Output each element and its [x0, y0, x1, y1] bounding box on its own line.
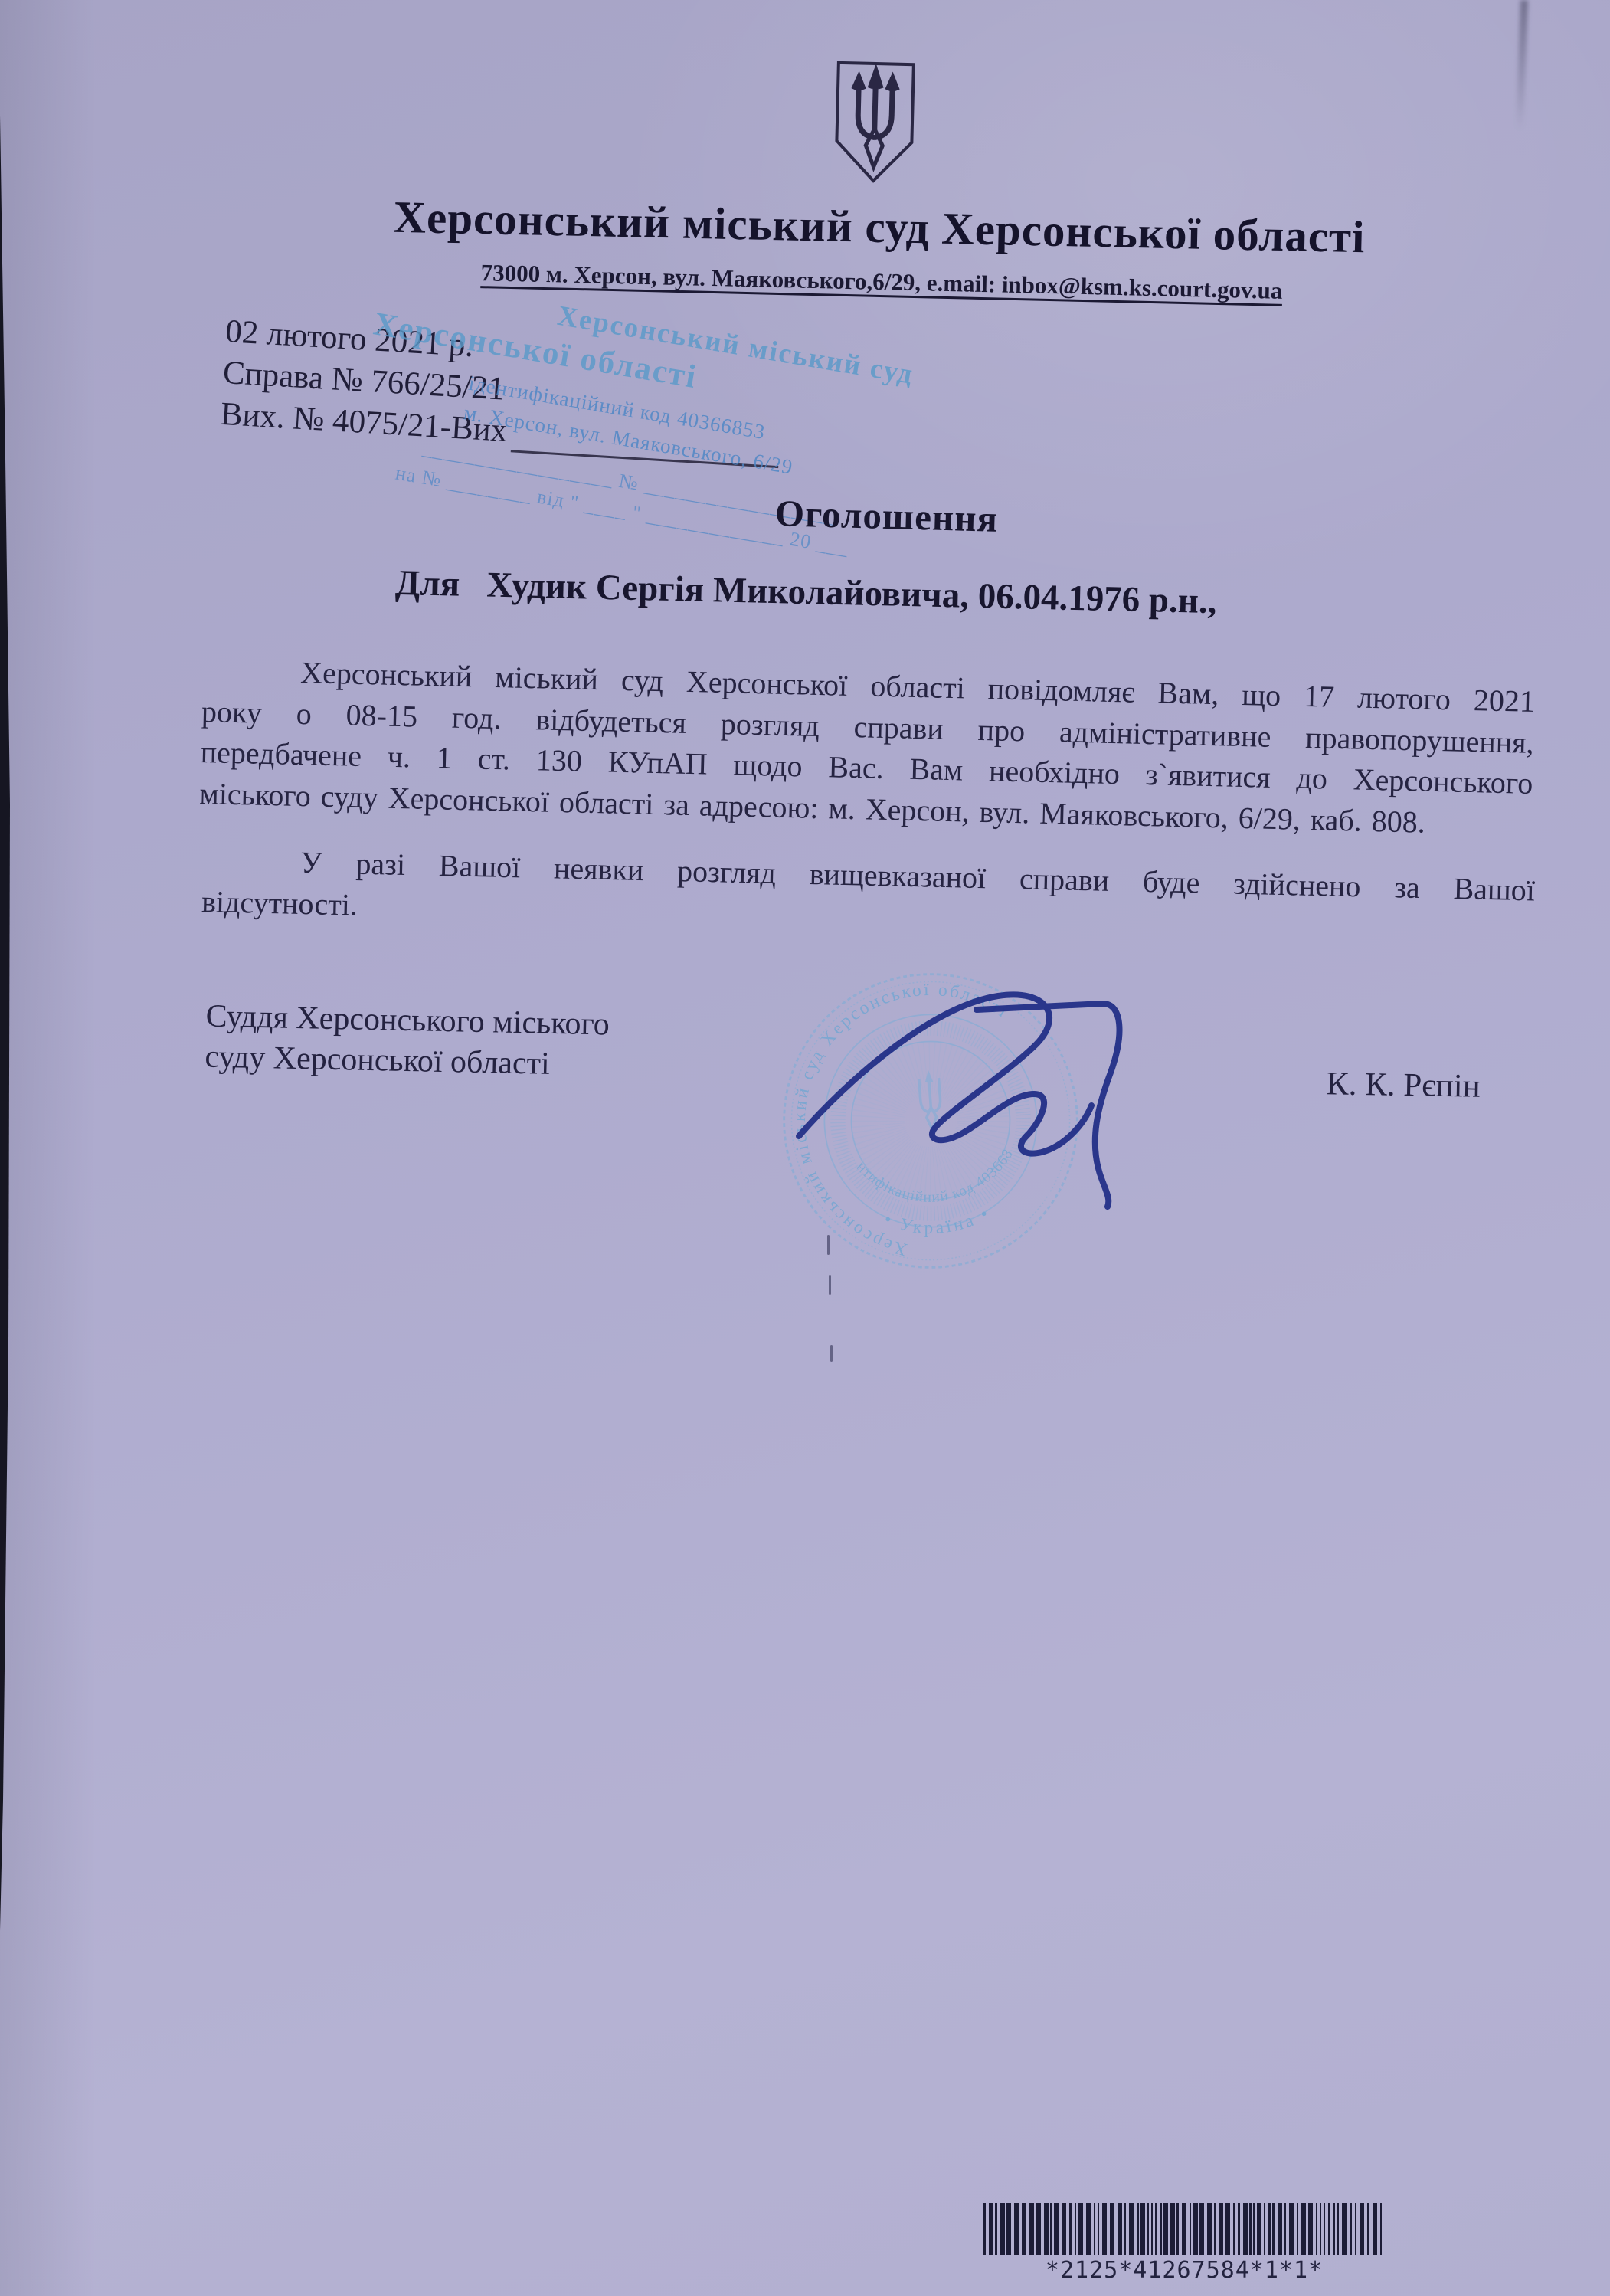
svg-text:• Україна •: • Україна •	[880, 1202, 996, 1242]
barcode-bars	[983, 2203, 1385, 2255]
signer-name: К. К. Рєпін	[1327, 1065, 1481, 1105]
outgoing-number-blank-line	[511, 418, 780, 468]
fold-mark-dash	[827, 1235, 830, 1255]
court-round-seal: Херсонський міський суд Херсонської обла…	[763, 953, 1098, 1289]
barcode-label: *2125*41267584*1*1*	[983, 2257, 1385, 2284]
scanned-court-letter: Херсонський міський суд Херсонської обла…	[0, 0, 1610, 2296]
ukraine-trident-emblem-icon	[830, 59, 919, 187]
signer-title-block: Суддя Херсонського міського суду Херсонс…	[205, 996, 610, 1086]
seal-ring-text: Херсонський міський суд Херсонської обла…	[780, 974, 1030, 1266]
registration-barcode: *2125*41267584*1*1*	[983, 2203, 1385, 2284]
court-address-line: 73000 м. Херсон, вул. Маяковського,6/29,…	[334, 256, 1429, 308]
svg-text:Херсонський міський суд Херсон: Херсонський міський суд Херсонської обла…	[780, 974, 1030, 1266]
body-paragraph-1: Херсонський міський суд Херсонської обла…	[199, 650, 1536, 845]
svg-text:ідентифікаційний код 40366853: ідентифікаційний код 40366853	[763, 953, 1019, 1217]
seal-trident-icon	[918, 1073, 942, 1130]
letter-meta-block: 02 лютого 2021 р. Справа № 766/25/21 Вих…	[219, 311, 785, 468]
addressee-line: Для Худик Сергія Миколайовича, 06.04.197…	[395, 562, 1218, 622]
body-paragraph-2: У разі Вашої неявки розгляд вищевказаної…	[201, 840, 1536, 951]
document-heading: Оголошення	[774, 491, 998, 541]
court-name-title: Херсонський міський суд Херсонської обла…	[281, 188, 1477, 267]
fold-mark-dash	[830, 1345, 833, 1362]
seal-id-code-text: ідентифікаційний код 40366853	[763, 953, 1019, 1217]
signer-title-line2: суду Херсонської області	[205, 1037, 609, 1086]
photo-streak	[1516, 0, 1528, 130]
seal-country-text: • Україна •	[880, 1202, 996, 1242]
judge-signature-ink	[780, 964, 1147, 1217]
fold-mark-dash	[829, 1275, 831, 1295]
paper-edge-shadow	[0, 0, 14, 2296]
